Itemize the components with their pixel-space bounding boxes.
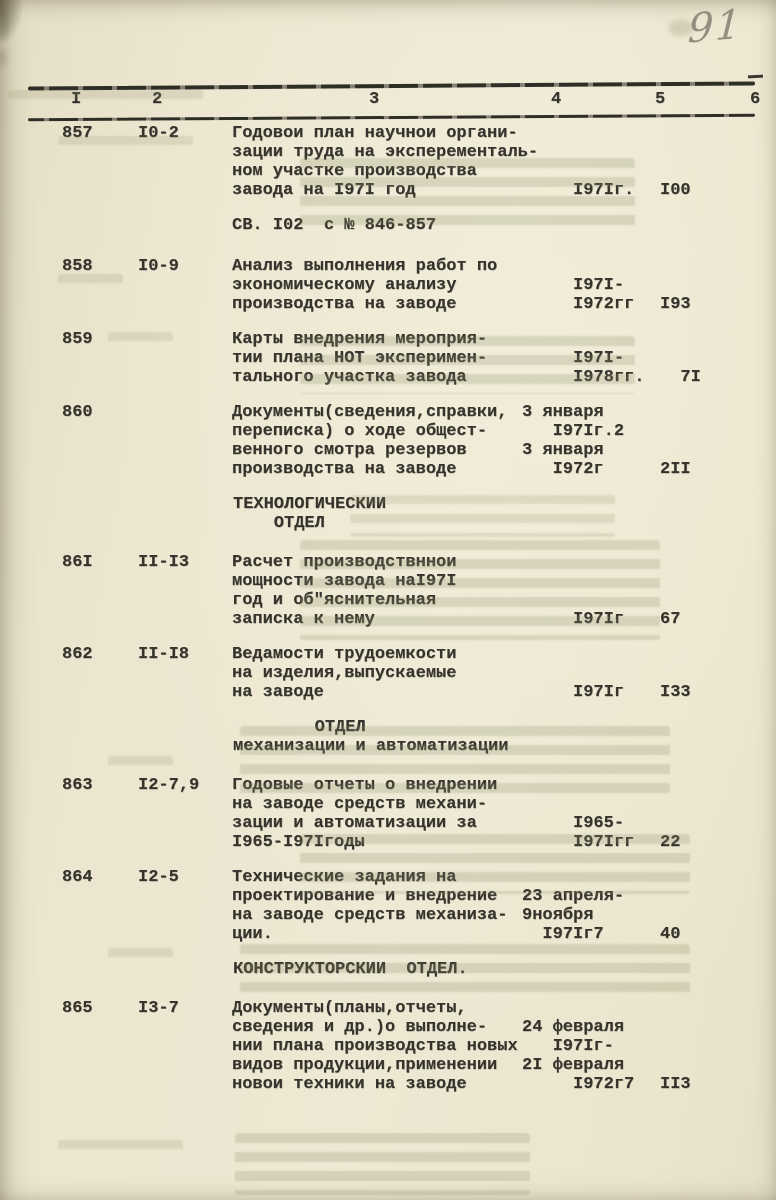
entry-index-code: I2-5 — [138, 868, 232, 944]
bleedthrough-artifact — [300, 158, 635, 230]
entry-index-code — [138, 403, 232, 479]
bleedthrough-artifact — [235, 1133, 530, 1195]
bleedthrough-artifact — [8, 90, 203, 106]
scanned-inventory-page: 91 I 2 3 4 5 6 857 I0-2 Годовои план нау… — [0, 0, 776, 1200]
entry-sheet-count: 7I — [652, 330, 722, 387]
entry-dates: I97Iг — [522, 645, 652, 702]
bleedthrough-artifact — [240, 944, 690, 994]
bleedthrough-artifact — [300, 540, 660, 640]
bleedthrough-artifact — [108, 332, 173, 346]
column-header-5: 5 — [655, 90, 665, 109]
entry-index-code: I2-7,9 — [138, 776, 232, 852]
page-number-handwritten: 91 — [687, 1, 744, 52]
bleedthrough-artifact — [58, 274, 123, 288]
entry-dates: I97I- I972гг — [522, 257, 652, 314]
entry-dates: 3 января I97Iг.2 3 января I972г — [522, 403, 652, 479]
entry-index-code: II-I3 — [138, 553, 232, 629]
entry-sheet-count: I33 — [652, 645, 722, 702]
margin-dash — [748, 75, 763, 79]
edge-smudge — [0, 50, 5, 66]
entry-sheet-count: 2II — [652, 403, 722, 479]
entry-index-code: I0-9 — [138, 257, 232, 314]
bleedthrough-artifact — [300, 834, 690, 894]
entry-index-code: I3-7 — [138, 999, 232, 1094]
entry-number: 864 — [62, 868, 138, 944]
bleedthrough-artifact — [240, 726, 670, 796]
bleedthrough-artifact — [58, 136, 193, 151]
entry-number: 863 — [62, 776, 138, 852]
column-header-4: 4 — [551, 90, 561, 109]
entry-title: Документы(планы,отчеты, сведения и др.)о… — [232, 999, 522, 1094]
inventory-entry-row: 862 II-I8 Ведамости трудоемкости на изде… — [0, 645, 776, 702]
entry-number: 860 — [62, 403, 138, 479]
entry-sheet-count: I00 — [652, 124, 722, 200]
header-rule — [28, 114, 755, 121]
column-header-3: 3 — [369, 90, 379, 109]
bleedthrough-artifact — [300, 336, 635, 394]
entry-number: 862 — [62, 645, 138, 702]
inventory-entry-row: 860 Документы(сведения,справки, переписк… — [0, 403, 776, 479]
column-header-6: 6 — [750, 90, 760, 109]
entry-sheet-count: I93 — [652, 257, 722, 314]
entry-title: Анализ выполнения работ по экономическом… — [232, 257, 522, 314]
bleedthrough-artifact — [108, 948, 173, 962]
entry-sheet-count: 67 — [652, 553, 722, 629]
entry-dates: 24 февраля I97Iг- 2I февраля I972г7 — [522, 999, 652, 1094]
entry-number: 86I — [62, 553, 138, 629]
inventory-entry-row: 865 I3-7 Документы(планы,отчеты, сведени… — [0, 999, 776, 1094]
entry-sheet-count: II3 — [652, 999, 722, 1094]
bleedthrough-artifact — [108, 756, 173, 770]
entry-number: 865 — [62, 999, 138, 1094]
entry-title: Документы(сведения,справки, переписка) о… — [232, 403, 522, 479]
bleedthrough-artifact — [58, 1140, 183, 1156]
entry-index-code: II-I8 — [138, 645, 232, 702]
bleedthrough-artifact — [350, 495, 615, 537]
entry-title: Ведамости трудоемкости на изделия,выпуск… — [232, 645, 522, 702]
